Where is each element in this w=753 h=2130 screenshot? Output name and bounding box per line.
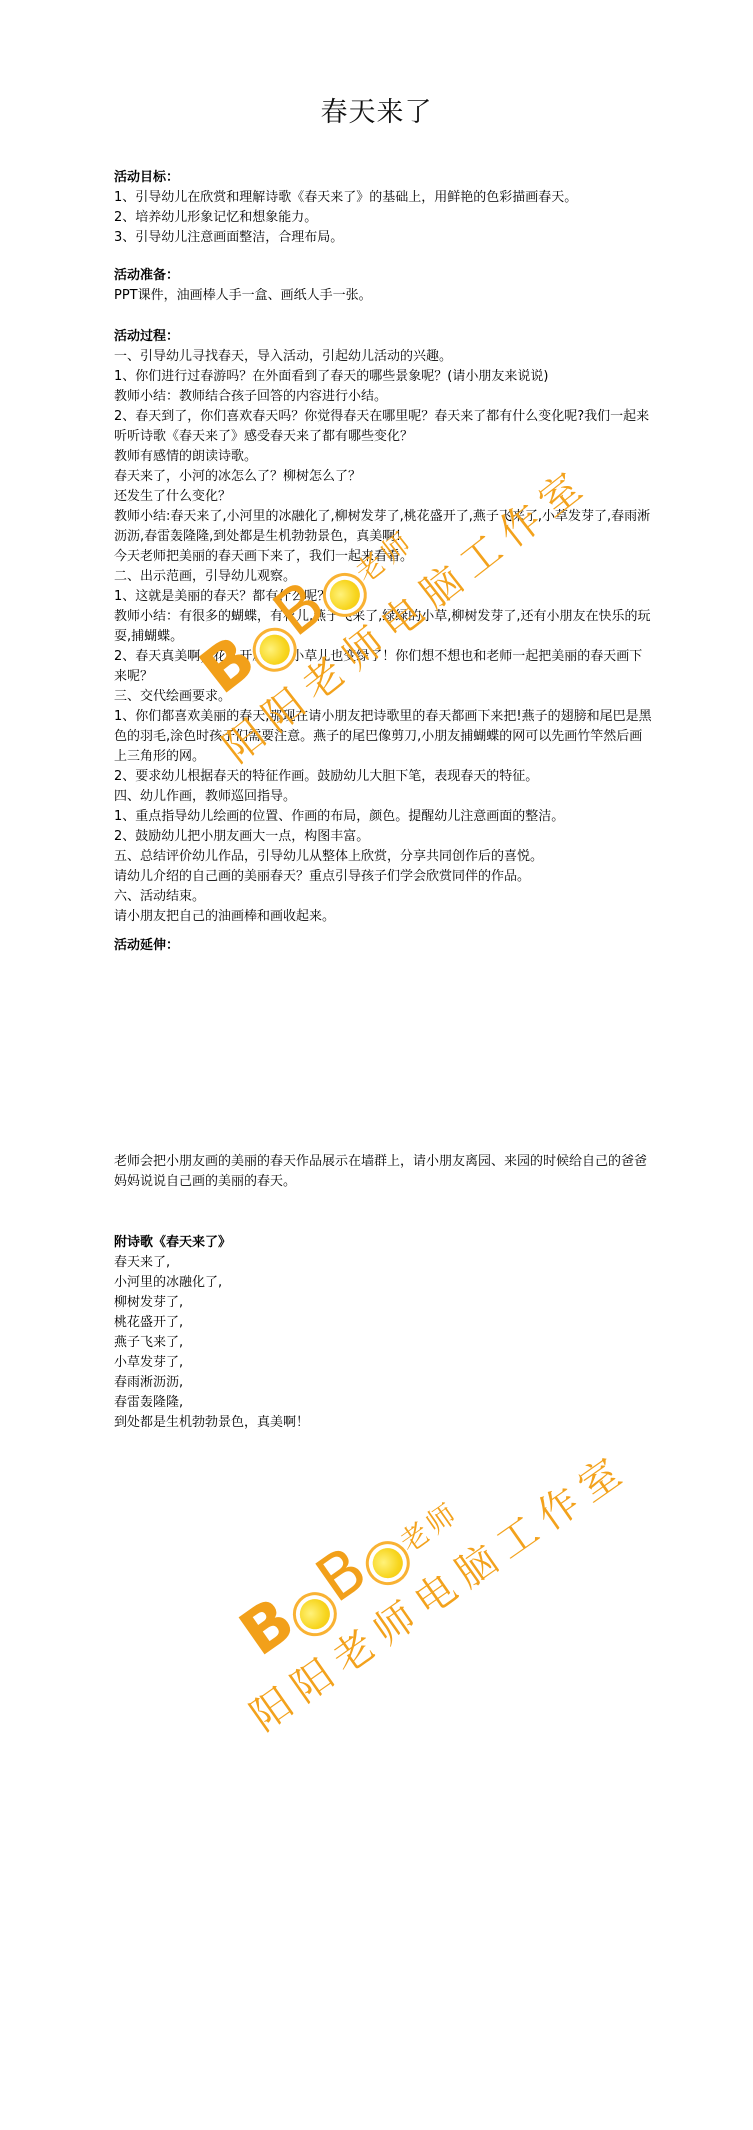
- paragraph: 教师小结:春天来了,小河里的冰融化了,柳树发芽了,桃花盛开了,燕子飞来了,小草发…: [114, 507, 654, 547]
- poem-line: 春天来了,: [114, 1253, 654, 1273]
- document-title: 春天来了: [0, 90, 753, 129]
- paragraph: 2、春天到了，你们喜欢春天吗？你觉得春天在哪里呢？春天来了都有什么变化呢?我们一…: [114, 407, 654, 447]
- watermark-text: 阳阳老师电脑工作室: [237, 1437, 638, 1742]
- paragraph: 2、要求幼儿根据春天的特征作画。鼓励幼儿大胆下笔，表现春天的特征。: [114, 767, 654, 787]
- paragraph: 1、你们都喜欢美丽的春天,那现在请小朋友把诗歌里的春天都画下来把!燕子的翅膀和尾…: [114, 707, 654, 767]
- paragraph: 教师小结：教师结合孩子回答的内容进行小结。: [114, 387, 654, 407]
- section-heading: 活动过程：: [114, 327, 654, 347]
- document-page: 春天来了 活动目标： 1、引导幼儿在欣赏和理解诗歌《春天来了》的基础上，用鲜艳的…: [0, 0, 753, 2130]
- paragraph: 老师会把小朋友画的美丽的春天作品展示在墙群上，请小朋友离园、来园的时候给自己的爸…: [114, 1152, 654, 1192]
- smiling-sun-icon: [366, 1542, 408, 1584]
- poem-line: 小河里的冰融化了,: [114, 1273, 654, 1293]
- paragraph: 2、春天真美啊，花儿开放了，小草儿也变绿了！你们想不想也和老师一起把美丽的春天画…: [114, 647, 654, 687]
- paragraph: 请幼儿介绍的自己画的美丽春天？重点引导孩子们学会欣赏同伴的作品。: [114, 867, 654, 887]
- paragraph: 请小朋友把自己的油画棒和画收起来。: [114, 907, 654, 927]
- section-heading: 活动目标：: [114, 168, 654, 188]
- paragraph: 四、幼儿作画，教师巡回指导。: [114, 787, 654, 807]
- section-preparation: 活动准备： PPT课件，油画棒人手一盒、画纸人手一张。: [114, 266, 654, 306]
- watermark-logo-suffix: 老师: [394, 1495, 465, 1559]
- watermark-logo-letter: B: [303, 1532, 380, 1616]
- section-heading: 活动准备：: [114, 266, 654, 286]
- poem-line: 柳树发芽了,: [114, 1293, 654, 1313]
- paragraph: 教师有感情的朗读诗歌。: [114, 447, 654, 467]
- paragraph: 1、重点指导幼儿绘画的位置、作画的布局，颜色。提醒幼儿注意画面的整洁。: [114, 807, 654, 827]
- paragraph: 还发生了什么变化？: [114, 487, 654, 507]
- poem-line: 春雨淅沥沥,: [114, 1373, 654, 1393]
- poem-line: 到处都是生机勃勃景色，真美啊！: [114, 1413, 654, 1433]
- watermark-logo-letter: B: [227, 1583, 308, 1670]
- paragraph: 六、活动结束。: [114, 887, 654, 907]
- poem-line: 桃花盛开了,: [114, 1313, 654, 1333]
- section-heading: 活动延伸：: [114, 936, 654, 956]
- paragraph: 二、出示范画，引导幼儿观察。: [114, 567, 654, 587]
- paragraph: 一、引导幼儿寻找春天，导入活动，引起幼儿活动的兴趣。: [114, 347, 654, 367]
- paragraph: 教师小结：有很多的蝴蝶，有花儿,燕子飞来了,绿绿的小草,柳树发芽了,还有小朋友在…: [114, 607, 654, 647]
- poem-line: 燕子飞来了,: [114, 1333, 654, 1353]
- paragraph: 3、引导幼儿注意画面整洁，合理布局。: [114, 228, 654, 248]
- paragraph: 2、培养幼儿形象记忆和想象能力。: [114, 208, 654, 228]
- poem-title: 附诗歌《春天来了》: [114, 1233, 654, 1253]
- paragraph: PPT课件，油画棒人手一盒、画纸人手一张。: [114, 286, 654, 306]
- smiling-sun-icon: [294, 1593, 336, 1635]
- paragraph: 春天来了，小河的冰怎么了？柳树怎么了？: [114, 467, 654, 487]
- section-extension: 老师会把小朋友画的美丽的春天作品展示在墙群上，请小朋友离园、来园的时候给自己的爸…: [114, 1152, 654, 1192]
- poem-line: 小草发芽了,: [114, 1353, 654, 1373]
- paragraph: 三、交代绘画要求。: [114, 687, 654, 707]
- poem-line: 春雷轰隆隆,: [114, 1393, 654, 1413]
- section-process: 活动过程： 一、引导幼儿寻找春天，导入活动，引起幼儿活动的兴趣。 1、你们进行过…: [114, 327, 654, 927]
- paragraph: 五、总结评价幼儿作品，引导幼儿从整体上欣赏，分享共同创作后的喜悦。: [114, 847, 654, 867]
- paragraph: 1、你们进行过春游吗？在外面看到了春天的哪些景象呢？(请小朋友来说说): [114, 367, 654, 387]
- paragraph: 1、引导幼儿在欣赏和理解诗歌《春天来了》的基础上，用鲜艳的色彩描画春天。: [114, 188, 654, 208]
- section-poem: 附诗歌《春天来了》 春天来了, 小河里的冰融化了, 柳树发芽了, 桃花盛开了, …: [114, 1233, 654, 1433]
- section-extension-heading: 活动延伸：: [114, 936, 654, 956]
- paragraph: 今天老师把美丽的春天画下来了，我们一起来看看。: [114, 547, 654, 567]
- paragraph: 2、鼓励幼儿把小朋友画大一点，构图丰富。: [114, 827, 654, 847]
- section-goals: 活动目标： 1、引导幼儿在欣赏和理解诗歌《春天来了》的基础上，用鲜艳的色彩描画春…: [114, 168, 654, 248]
- paragraph: 1、这就是美丽的春天？都有什么呢？: [114, 587, 654, 607]
